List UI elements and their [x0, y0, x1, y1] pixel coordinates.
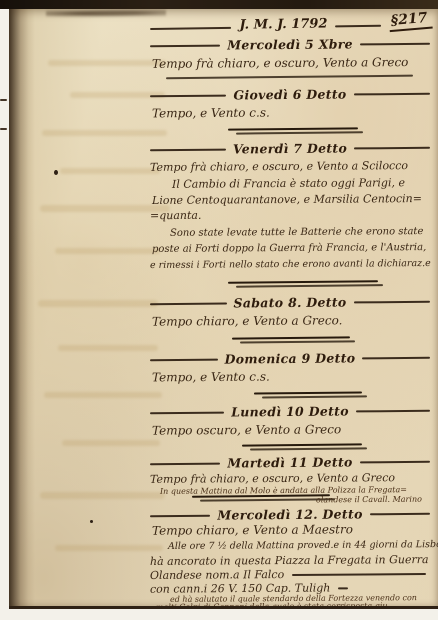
- bleedthrough-line: [60, 168, 160, 174]
- day-label: Venerdì 7 Detto: [233, 141, 347, 157]
- weather-line: Tempo, e Vento c.s.: [152, 370, 270, 385]
- entry-day-heading: Domenica 9 Detto: [150, 350, 430, 367]
- bleedthrough-line: [58, 345, 158, 351]
- ink-speck: [90, 520, 93, 523]
- weather-line: Tempo oscuro, e Vento a Greco: [152, 422, 341, 437]
- note-line: poste ai Forti doppo la Guerra frà Franc…: [152, 242, 426, 255]
- heading-rule: [150, 302, 227, 305]
- bleedthrough-line: [44, 392, 162, 398]
- heading-rule: [360, 42, 430, 45]
- heading-rule: [150, 358, 218, 361]
- entry-day-heading: Martedì 11 Detto: [150, 454, 430, 471]
- heading-rule: [150, 411, 224, 414]
- day-label: Mercoledì 5 Xbre: [227, 36, 353, 52]
- margin-tick: [0, 128, 7, 130]
- bleedthrough-line: [62, 440, 160, 446]
- heading-rule: [150, 94, 226, 97]
- weather-line: Tempo frà chiaro, e oscuro, e Vento a Sc…: [150, 159, 408, 174]
- scanned-manuscript-page: J. M. J. 1792 §217 Mercoledì 5 Xbre Temp…: [0, 0, 438, 620]
- entry-day-heading: Giovedì 6 Detto: [150, 86, 430, 103]
- entry-day-heading: Mercoledì 12. Detto: [150, 506, 430, 523]
- day-label: Lunedì 10 Detto: [231, 403, 349, 419]
- note-line: Sono state levate tutte le Batterie che …: [170, 226, 423, 239]
- section-divider: [254, 391, 362, 398]
- note-line: Olandese nom.a Il Falco: [150, 568, 284, 582]
- day-label: Mercoledì 12. Detto: [217, 506, 362, 522]
- heading-rule: [354, 92, 430, 95]
- heading-rule: [150, 148, 226, 151]
- entry-day-heading: Sabato 8. Detto: [150, 294, 430, 311]
- weather-line: Tempo frà chiaro, e oscuro, Vento a Grec…: [152, 55, 408, 71]
- note-line: hà ancorato in questa Piazza la Fregata …: [150, 553, 429, 568]
- bleedthrough-line: [48, 60, 166, 66]
- header-rule: [150, 27, 231, 30]
- heading-rule: [354, 146, 430, 149]
- binding-shadow: [9, 9, 35, 608]
- heading-rule: [356, 409, 430, 412]
- weather-line: Tempo frà chiaro, e oscuro, e Vento a Gr…: [150, 471, 395, 486]
- heading-rule: [362, 356, 430, 359]
- small-note-line: olandese il Cavall. Marino: [316, 495, 422, 505]
- bleedthrough-line: [38, 300, 158, 307]
- bleedthrough-line: [40, 492, 165, 499]
- bleedthrough-line: [42, 130, 167, 136]
- ink-smudge: [46, 9, 166, 18]
- heading-rule: [150, 462, 220, 465]
- entry-day-heading: Lunedì 10 Detto: [150, 403, 430, 420]
- day-label: Giovedì 6 Detto: [233, 87, 346, 103]
- heading-rule: [360, 460, 430, 463]
- section-divider: [232, 336, 350, 343]
- note-line: e rimessi i Forti nello stato che erono …: [150, 258, 431, 271]
- monogram-date: J. M. J. 1792: [239, 16, 327, 32]
- note-line-with-rule: Olandese nom.a Il Falco: [150, 567, 426, 582]
- weather-line: Tempo chiaro, e Vento a Maestro: [152, 522, 353, 537]
- entry-day-heading: Mercoledì 5 Xbre: [150, 36, 430, 53]
- heading-rule: [150, 514, 210, 517]
- ink-speck: [54, 170, 58, 175]
- fill-rule: [338, 587, 348, 589]
- day-label: Domenica 9 Detto: [225, 350, 356, 366]
- heading-rule: [354, 300, 431, 303]
- note-line: Lione Centoquarantanove, e Marsilia Cent…: [152, 192, 422, 207]
- note-line: Il Cambio di Francia è stato oggi Parigi…: [172, 176, 405, 191]
- heading-rule: [370, 512, 430, 515]
- day-label: Sabato 8. Detto: [233, 295, 346, 311]
- fill-rule: [292, 573, 426, 576]
- page-header: J. M. J. 1792 §217: [150, 11, 432, 34]
- heading-rule: [150, 44, 220, 47]
- bleedthrough-line: [55, 545, 163, 551]
- scan-bottom-margin: [0, 609, 438, 620]
- weather-line: Tempo, e Vento c.s.: [152, 106, 270, 121]
- note-line: Alle ore 7 ½ della Mattina proved.e in 4…: [168, 539, 438, 552]
- header-rule: [335, 25, 381, 28]
- margin-tick: [0, 99, 7, 101]
- section-divider: [242, 443, 362, 450]
- weather-line: Tempo chiaro, e Vento a Greco.: [152, 313, 343, 328]
- bleedthrough-line: [55, 248, 160, 254]
- entry-day-heading: Venerdì 7 Detto: [150, 140, 430, 157]
- note-line: =quanta.: [150, 209, 202, 222]
- scan-top-edge: [0, 0, 438, 9]
- day-label: Martedì 11 Detto: [227, 454, 352, 470]
- page-number: §217: [389, 10, 433, 32]
